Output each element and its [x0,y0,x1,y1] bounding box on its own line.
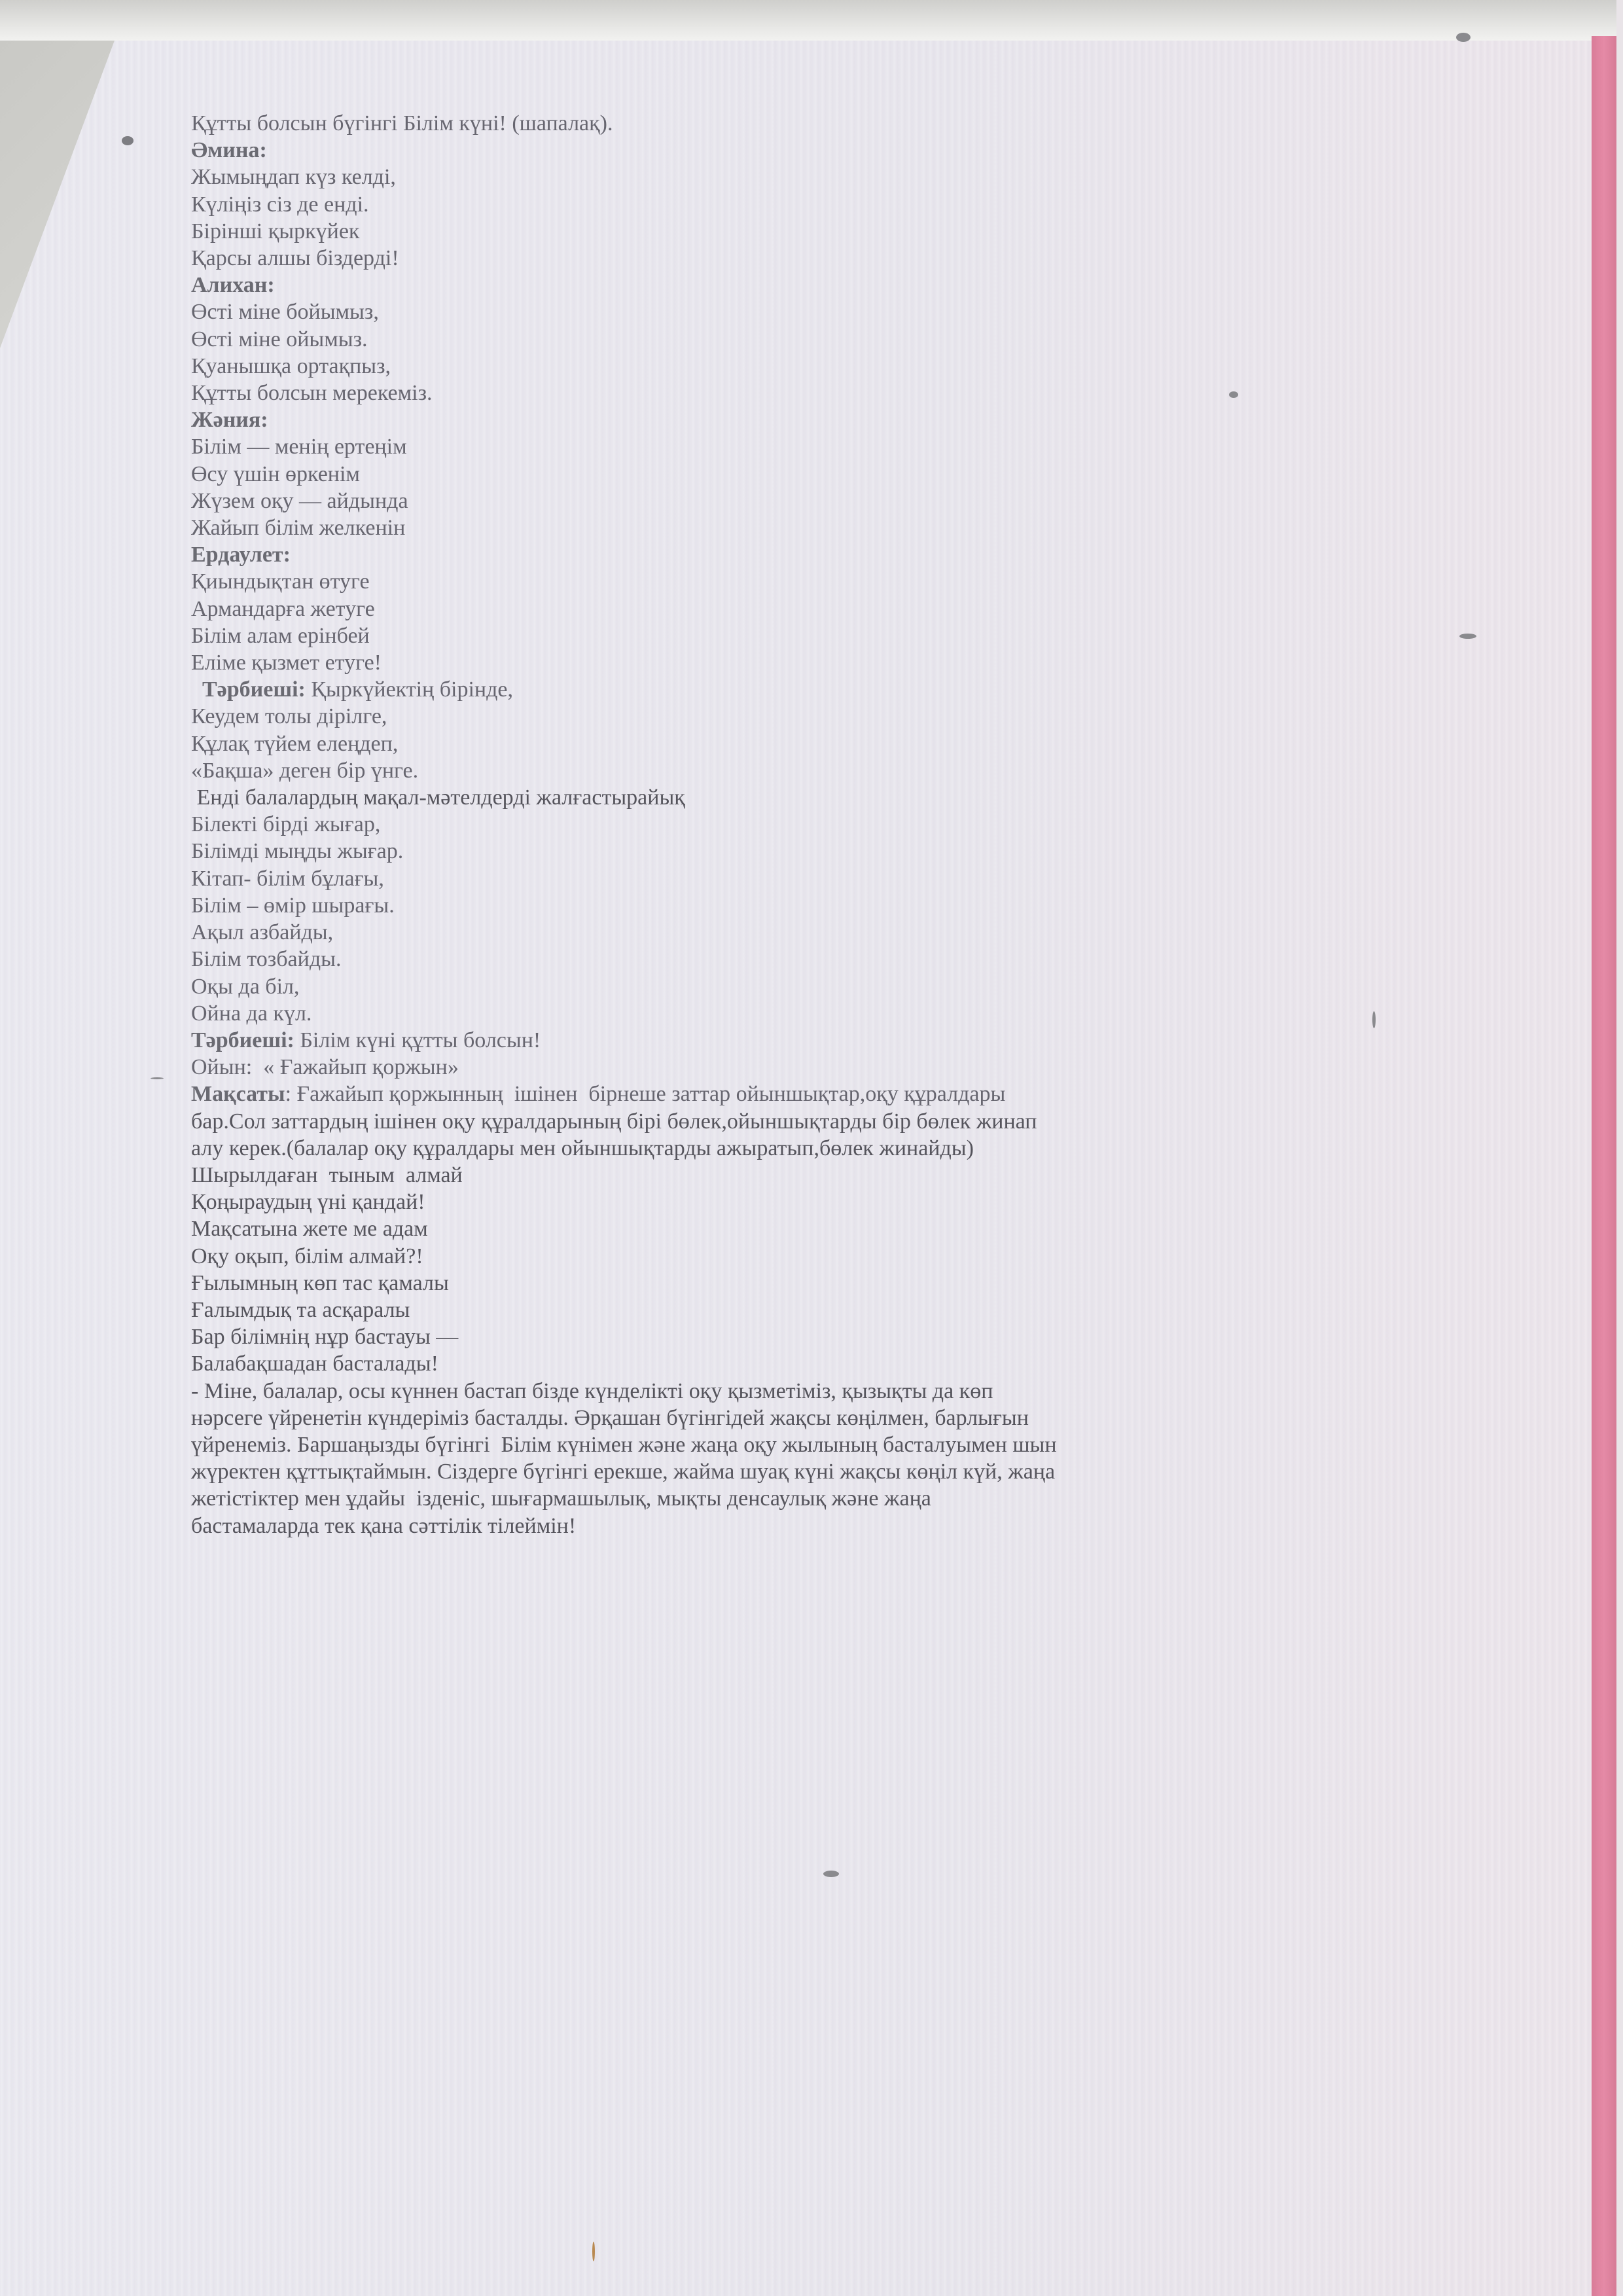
document-line: Білімді мыңды жығар. [191,838,1578,865]
line-text: : Ғажайып қоржынның ішінен бірнеше затта… [285,1082,1006,1106]
scanner-top-margin [0,0,1623,41]
document-line: Құтты болсын бүгінгі Білім күні! (шапала… [191,110,1578,137]
speaker-label: Жәния: [191,406,1578,433]
document-line: Мақсаты: Ғажайып қоржынның ішінен бірнеш… [191,1081,1578,1107]
document-line: Еліме қызмет етуге! [191,649,1578,676]
document-line: Қиындықтан өтуге [191,568,1578,595]
speaker-label: Алихан: [191,272,1578,298]
document-line: алу керек.(балалар оқу құралдары мен ойы… [191,1135,1578,1162]
document-line: Құлақ түйем елеңдеп, [191,730,1578,757]
speaker-label: Ердаулет: [191,541,1578,568]
document-line: Ақыл азбайды, [191,919,1578,946]
document-line: Тәрбиеші: Білім күні құтты болсын! [191,1027,1578,1054]
document-line: Оқу оқып, білім алмай?! [191,1243,1578,1270]
document-line: Білім — менің ертеңім [191,433,1578,460]
document-line: Қарсы алшы біздерді! [191,245,1578,272]
document-line: Жүзем оқу — айдында [191,488,1578,514]
document-line: Шырылдаған тыным алмай [191,1162,1578,1189]
document-line: нәрсеге үйренетін күндеріміз басталды. Ә… [191,1405,1578,1431]
document-line: Кеудем толы дірілге, [191,703,1578,730]
dust-speck [1456,33,1471,42]
document-line: Құтты болсын мерекеміз. [191,380,1578,406]
line-text: Білім күні құтты болсын! [294,1028,541,1052]
speaker-label: Тәрбиеші: [191,1028,294,1052]
document-line: үйренеміз. Баршаңызды бүгінгі Білім күні… [191,1431,1578,1458]
document-line: жүректен құттықтаймын. Сіздерге бүгінгі … [191,1458,1578,1485]
speaker-label: Тәрбиеші: [202,677,306,702]
document-line: Ғылымның көп тас қамалы [191,1270,1578,1297]
document-line: Өсу үшін өркенім [191,461,1578,488]
document-line: Балабақшадан басталады! [191,1350,1578,1377]
line-text: Қыркүйектің бірінде, [306,677,513,702]
speaker-label: Әмина: [191,137,1578,164]
document-line: Жайып білім желкенін [191,514,1578,541]
document-body: Құтты болсын бүгінгі Білім күні! (шапала… [191,110,1578,1539]
document-line: Қуанышқа ортақпыз, [191,353,1578,380]
document-line: Жымыңдап күз келді, [191,164,1578,190]
document-line: бар.Сол заттардың ішінен оқу құралдарыны… [191,1108,1578,1135]
dust-speck [823,1871,839,1877]
document-line: Бірінші қыркүйек [191,218,1578,245]
document-line: Қоңыраудың үні қандай! [191,1189,1578,1215]
document-line: Өсті міне ойымыз. [191,326,1578,353]
document-line: Мақсатына жете ме адам [191,1215,1578,1242]
document-line: жетістіктер мен ұдайы ізденіс, шығармашы… [191,1485,1578,1512]
document-line: Енді балалардың мақал-мәтелдерді жалғаст… [191,784,1578,811]
document-line: Ғалымдық та асқаралы [191,1297,1578,1323]
document-line: Оқы да біл, [191,973,1578,1000]
document-line: Күліңіз сіз де енді. [191,191,1578,218]
document-line: Білім – өмір шырағы. [191,892,1578,919]
document-line: - Міне, балалар, осы күннен бастап бізде… [191,1378,1578,1405]
dust-speck [151,1077,164,1079]
speaker-label: Мақсаты [191,1082,285,1106]
document-line: Тәрбиеші: Қыркүйектің бірінде, [191,676,1578,703]
document-line: Кітап- білім бұлағы, [191,865,1578,892]
document-line: Бар білімнің нұр бастауы — [191,1323,1578,1350]
document-line: Білекті бірді жығар, [191,811,1578,838]
document-line: Ойна да күл. [191,1000,1578,1027]
document-line: Білім алам ерінбей [191,622,1578,649]
line-indent [191,677,202,702]
document-line: бастамаларда тек қана сәттілік тілеймін! [191,1513,1578,1539]
binding-strip [1592,36,1616,2296]
document-line: Ойын: « Ғажайып қоржын» [191,1054,1578,1081]
dust-speck [592,2242,595,2261]
scanner-right-margin [1616,0,1623,2296]
document-line: «Бақша» деген бір үнге. [191,757,1578,784]
document-line: Армандарға жетуге [191,596,1578,622]
document-line: Білім тозбайды. [191,946,1578,973]
document-line: Өсті міне бойымыз, [191,298,1578,325]
punch-hole-mark [122,136,134,145]
